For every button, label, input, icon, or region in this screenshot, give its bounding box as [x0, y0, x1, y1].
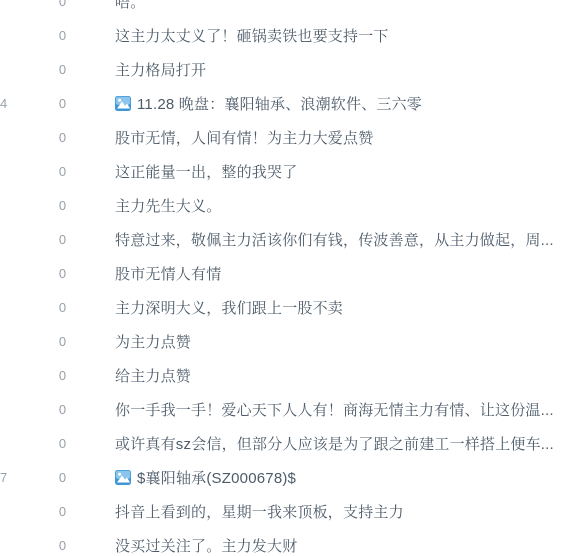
comment-count: 0 [10, 300, 115, 315]
comment-count: 0 [10, 470, 115, 485]
reply-count: 4 [0, 96, 10, 111]
comment-count: 0 [10, 334, 115, 349]
post-title-link[interactable]: 唔。 [115, 0, 570, 12]
list-item[interactable]: 0 为主力点赞 [0, 324, 570, 358]
list-item[interactable]: 0 股市无情，人间有情！为主力大爱点赞 [0, 120, 570, 154]
comment-count: 0 [10, 368, 115, 383]
post-title: 股市无情，人间有情！为主力大爱点赞 [115, 127, 373, 148]
post-title-link[interactable]: 主力格局打开 [115, 59, 570, 80]
image-attachment-icon [115, 96, 131, 111]
post-title-link[interactable]: 主力深明大义，我们跟上一股不卖 [115, 297, 570, 318]
post-title: 特意过来，敬佩主力活该你们有钱，传波善意，从主力做起，周... [115, 229, 554, 250]
comment-count: 0 [10, 164, 115, 179]
comment-count: 0 [10, 198, 115, 213]
post-title-link[interactable]: 这主力太丈义了！砸锅卖铁也要支持一下 [115, 25, 570, 46]
list-item[interactable]: 0 主力深明大义，我们跟上一股不卖 [0, 290, 570, 324]
list-item[interactable]: 7 0 $襄阳轴承(SZ000678)$ [0, 460, 570, 494]
post-title: 股市无情人有情 [115, 263, 221, 284]
post-title: 主力先生大义。 [115, 195, 221, 216]
list-item[interactable]: 0 这正能量一出，整的我哭了 [0, 154, 570, 188]
post-list: 0 唔。 0 这主力太丈义了！砸锅卖铁也要支持一下 0 主力格局打开 4 0 1… [0, 0, 570, 556]
list-item[interactable]: 0 给主力点赞 [0, 358, 570, 392]
comment-count: 0 [10, 96, 115, 111]
post-title-link[interactable]: 11.28 晚盘：襄阳轴承、浪潮软件、三六零 [115, 93, 570, 114]
post-title-link[interactable]: 抖音上看到的，星期一我来顶板，支持主力 [115, 501, 570, 522]
post-title-link[interactable]: 股市无情人有情 [115, 263, 570, 284]
comment-count: 0 [10, 28, 115, 43]
post-title-link[interactable]: 你一手我一手！爱心天下人人有！商海无情主力有情、让这份温... [115, 399, 570, 420]
post-title-link[interactable]: 这正能量一出，整的我哭了 [115, 161, 570, 182]
image-attachment-icon [115, 470, 131, 485]
comment-count: 0 [10, 538, 115, 553]
post-title: 给主力点赞 [115, 365, 191, 386]
post-title-link[interactable]: 为主力点赞 [115, 331, 570, 352]
comment-count: 0 [10, 266, 115, 281]
comment-count: 0 [10, 0, 115, 9]
post-title-link[interactable]: 或许真有sz会信，但部分人应该是为了跟之前建工一样搭上便车... [115, 433, 570, 454]
list-item[interactable]: 0 唔。 [0, 0, 570, 18]
post-title-link[interactable]: 给主力点赞 [115, 365, 570, 386]
list-item[interactable]: 0 这主力太丈义了！砸锅卖铁也要支持一下 [0, 18, 570, 52]
post-title: $襄阳轴承(SZ000678)$ [137, 467, 296, 488]
post-title: 主力格局打开 [115, 59, 206, 80]
list-item[interactable]: 0 主力格局打开 [0, 52, 570, 86]
post-title-link[interactable]: $襄阳轴承(SZ000678)$ [115, 467, 570, 488]
comment-count: 0 [10, 436, 115, 451]
post-title-link[interactable]: 主力先生大义。 [115, 195, 570, 216]
list-item[interactable]: 0 股市无情人有情 [0, 256, 570, 290]
post-title: 或许真有sz会信，但部分人应该是为了跟之前建工一样搭上便车... [115, 433, 554, 454]
post-title: 11.28 晚盘：襄阳轴承、浪潮软件、三六零 [137, 93, 422, 114]
comment-count: 0 [10, 130, 115, 145]
post-title: 这主力太丈义了！砸锅卖铁也要支持一下 [115, 25, 389, 46]
post-title-link[interactable]: 股市无情，人间有情！为主力大爱点赞 [115, 127, 570, 148]
post-title: 主力深明大义，我们跟上一股不卖 [115, 297, 343, 318]
comment-count: 0 [10, 504, 115, 519]
list-item[interactable]: 0 主力先生大义。 [0, 188, 570, 222]
post-title: 唔。 [115, 0, 145, 12]
list-item[interactable]: 0 抖音上看到的，星期一我来顶板，支持主力 [0, 494, 570, 528]
list-item[interactable]: 0 你一手我一手！爱心天下人人有！商海无情主力有情、让这份温... [0, 392, 570, 426]
post-title-link[interactable]: 没买过关注了。主力发大财 [115, 535, 570, 556]
list-item[interactable]: 4 0 11.28 晚盘：襄阳轴承、浪潮软件、三六零 [0, 86, 570, 120]
list-item[interactable]: 0 没买过关注了。主力发大财 [0, 528, 570, 556]
post-title: 你一手我一手！爱心天下人人有！商海无情主力有情、让这份温... [115, 399, 554, 420]
post-title: 抖音上看到的，星期一我来顶板，支持主力 [115, 501, 404, 522]
reply-count: 7 [0, 470, 10, 485]
post-title: 这正能量一出，整的我哭了 [115, 161, 297, 182]
post-title-link[interactable]: 特意过来，敬佩主力活该你们有钱，传波善意，从主力做起，周... [115, 229, 570, 250]
list-item[interactable]: 0 特意过来，敬佩主力活该你们有钱，传波善意，从主力做起，周... [0, 222, 570, 256]
post-title: 没买过关注了。主力发大财 [115, 535, 297, 556]
comment-count: 0 [10, 402, 115, 417]
comment-count: 0 [10, 232, 115, 247]
comment-count: 0 [10, 62, 115, 77]
post-title: 为主力点赞 [115, 331, 191, 352]
list-item[interactable]: 0 或许真有sz会信，但部分人应该是为了跟之前建工一样搭上便车... [0, 426, 570, 460]
